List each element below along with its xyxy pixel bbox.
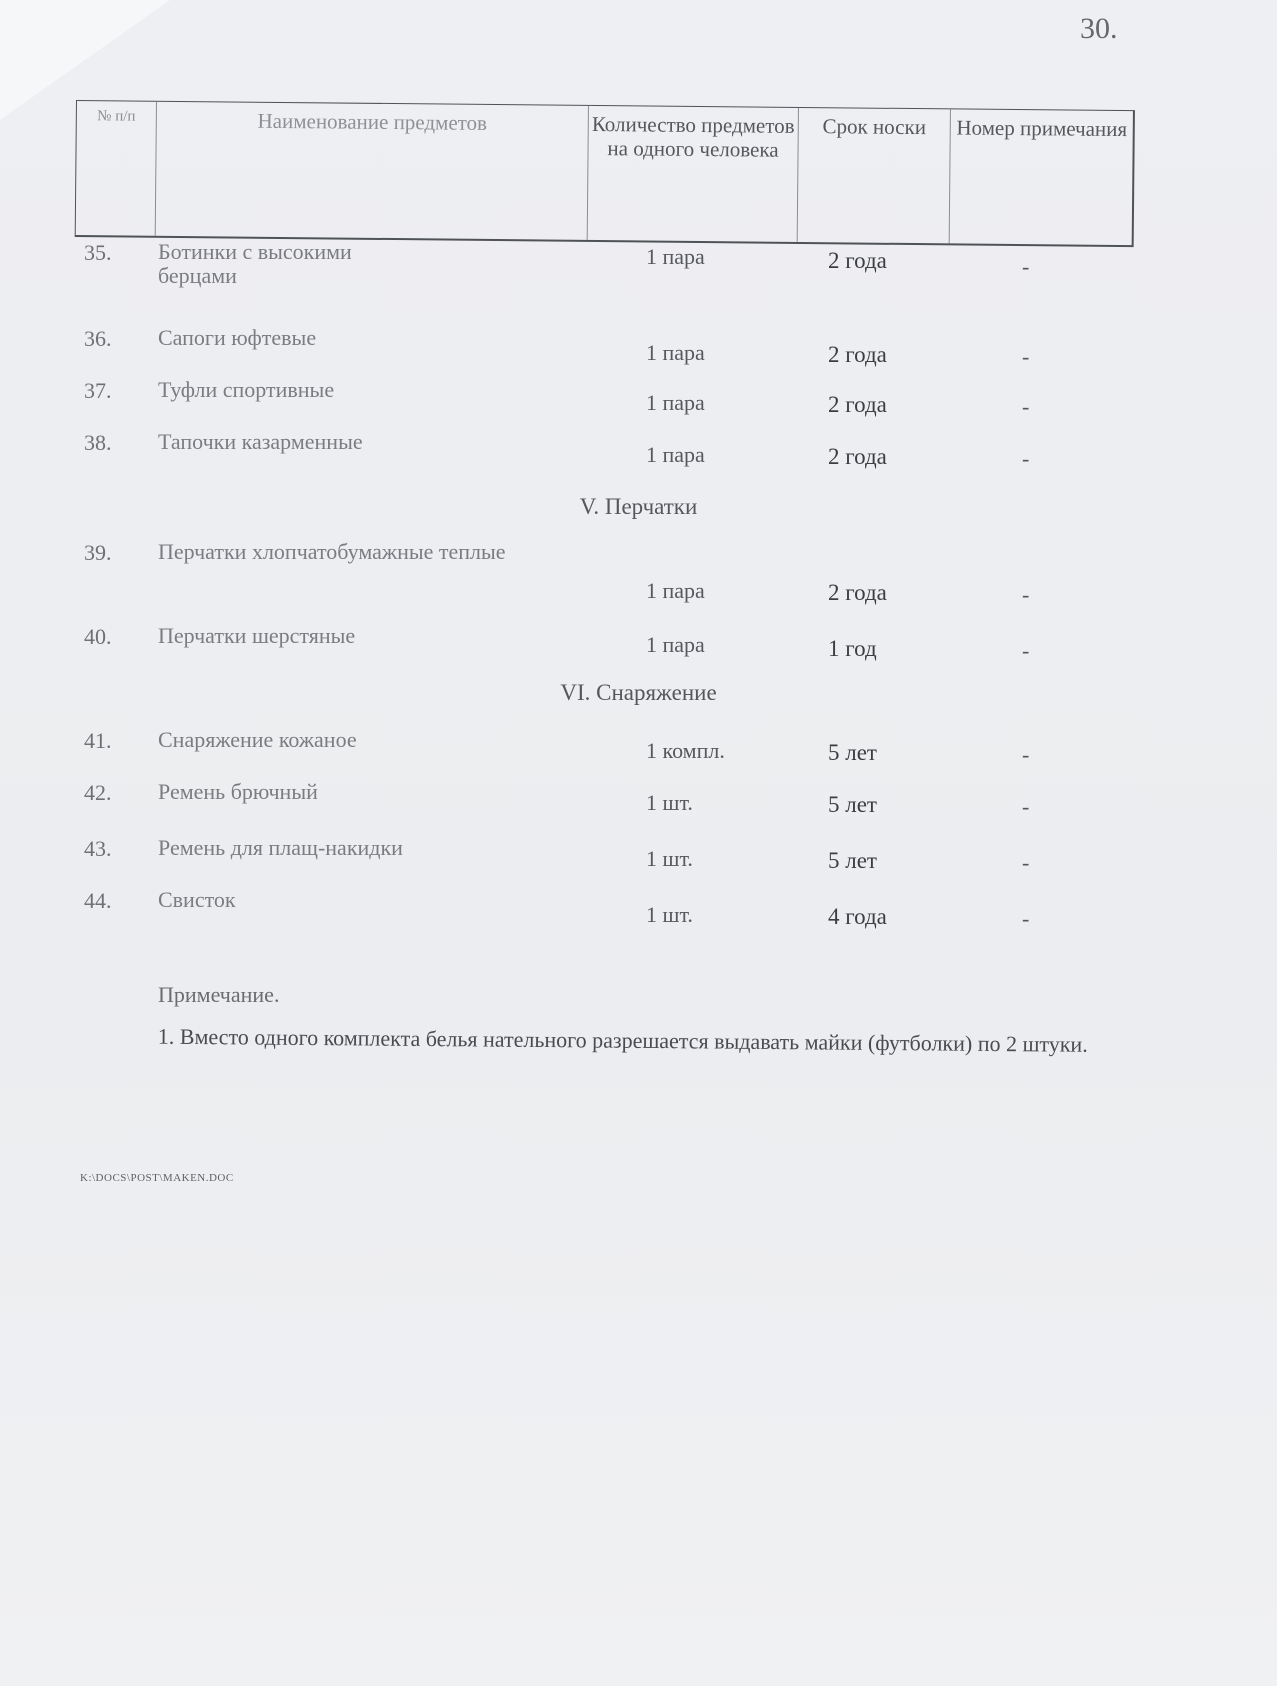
- header-quantity: Количество предметов на одного человека: [588, 106, 799, 242]
- header-term: Срок носки: [798, 108, 951, 243]
- note-item: 1. Вместо одного комплекта белья нательн…: [80, 1018, 1130, 1063]
- scanned-page: 30. № п/п Наименование предметов Количес…: [0, 0, 1277, 1686]
- table-header: № п/п Наименование предметов Количество …: [75, 100, 1135, 247]
- section-heading: VI. Снаряжение: [0, 680, 1277, 706]
- page-number: 30.: [1080, 12, 1118, 46]
- header-number: № п/п: [76, 101, 157, 236]
- file-path-footer: K:\DOCS\POST\MAKEN.DOC: [80, 1172, 234, 1184]
- header-item-name: Наименование предметов: [156, 102, 589, 240]
- notes-title: Примечание.: [158, 982, 279, 1008]
- section-heading: V. Перчатки: [0, 494, 1277, 520]
- header-note-number: Номер примечания: [950, 109, 1133, 245]
